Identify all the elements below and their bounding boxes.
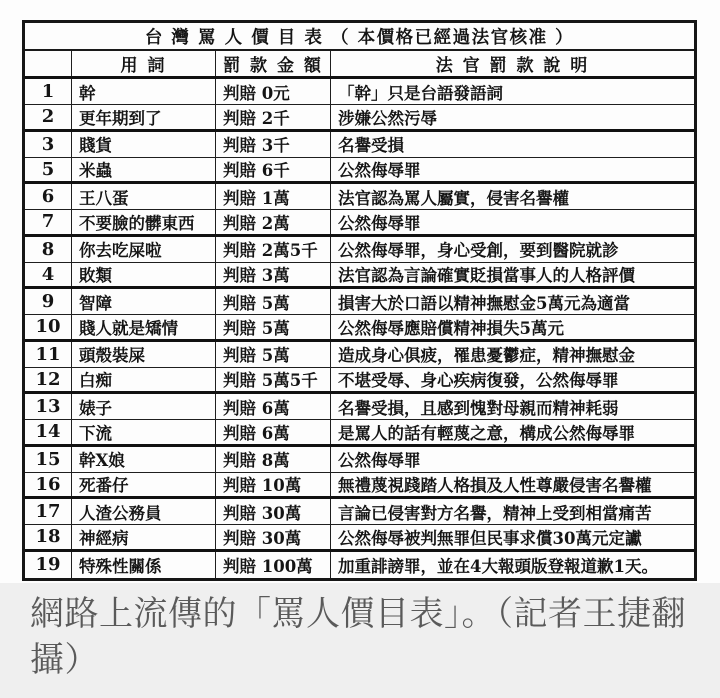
fine-cell: 判賠 6萬: [216, 394, 331, 419]
news-photo: 台 灣 罵 人 價 目 表 （ 本價格已經過法官核准 ） 用 詞 罰 款 金 額…: [0, 0, 720, 698]
row-number-cell: 18: [25, 525, 72, 548]
explanation-cell: 公然侮辱罪，身心受創，要到醫院就診: [331, 237, 694, 262]
term-cell: 智障: [72, 289, 216, 314]
fine-cell: 判賠 0元: [216, 79, 331, 104]
term-cell: 幹X娘: [72, 447, 216, 472]
explanation-cell: 「幹」只是台語發語詞: [331, 79, 694, 104]
explanation-cell: 公然侮辱罪: [331, 210, 694, 233]
fine-cell: 判賠 2千: [216, 105, 331, 128]
table-row: 13婊子判賠 6萬名譽受損，且感到愧對母親而精神耗弱: [25, 394, 694, 420]
table-row: 15幹X娘判賠 8萬公然侮辱罪: [25, 447, 694, 473]
header-explanation-cell: 法 官 罰 款 說 明: [331, 51, 694, 76]
table-row: 7不要臉的髒東西判賠 2萬公然侮辱罪: [25, 210, 694, 236]
fine-cell: 判賠 8萬: [216, 447, 331, 472]
row-number-cell: 12: [25, 368, 72, 391]
explanation-cell: 造成身心俱疲，罹患憂鬱症，精神撫慰金: [331, 342, 694, 367]
table-row: 3賤貨判賠 3千名譽受損: [25, 132, 694, 158]
row-number-cell: 17: [25, 499, 72, 524]
fine-cell: 判賠 1萬: [216, 184, 331, 209]
row-number-cell: 5: [25, 158, 72, 181]
table-header-row: 用 詞 罰 款 金 額 法 官 罰 款 說 明: [25, 51, 694, 79]
explanation-cell: 法官認為罵人屬實，侵害名譽權: [331, 184, 694, 209]
fine-cell: 判賠 5萬5千: [216, 368, 331, 391]
fine-cell: 判賠 30萬: [216, 499, 331, 524]
explanation-cell: 公然侮辱罪: [331, 158, 694, 181]
explanation-cell: 不堪受辱、身心疾病復發，公然侮辱罪: [331, 368, 694, 391]
term-cell: 敗類: [72, 263, 216, 286]
fine-cell: 判賠 10萬: [216, 473, 331, 496]
fine-cell: 判賠 5萬: [216, 342, 331, 367]
term-cell: 不要臉的髒東西: [72, 210, 216, 233]
explanation-cell: 公然侮辱被判無罪但民事求償30萬元定讞: [331, 525, 694, 548]
fine-cell: 判賠 2萬5千: [216, 237, 331, 262]
table-row: 17人渣公務員判賠 30萬言論已侵害對方名譽，精神上受到相當痛苦: [25, 499, 694, 525]
explanation-cell: 涉嫌公然污辱: [331, 105, 694, 128]
row-number-cell: 1: [25, 79, 72, 104]
table-body: 1幹判賠 0元「幹」只是台語發語詞2更年期到了判賠 2千涉嫌公然污辱3賤貨判賠 …: [25, 79, 694, 578]
term-cell: 人渣公務員: [72, 499, 216, 524]
table-row: 4敗類判賠 3萬法官認為言論確實貶損當事人的人格評價: [25, 263, 694, 289]
table-row: 18神經病判賠 30萬公然侮辱被判無罪但民事求償30萬元定讞: [25, 525, 694, 551]
term-cell: 頭殼裝屎: [72, 342, 216, 367]
fine-cell: 判賠 2萬: [216, 210, 331, 233]
explanation-cell: 是罵人的話有輕蔑之意，構成公然侮辱罪: [331, 420, 694, 443]
explanation-cell: 名譽受損，且感到愧對母親而精神耗弱: [331, 394, 694, 419]
explanation-cell: 無禮蔑視踐踏人格損及人性尊嚴侵害名譽權: [331, 473, 694, 496]
photo-caption: 網路上流傳的「罵人價目表」。（記者王捷翻攝）: [0, 583, 720, 698]
table-row: 2更年期到了判賠 2千涉嫌公然污辱: [25, 105, 694, 131]
term-cell: 婊子: [72, 394, 216, 419]
table-row: 11頭殼裝屎判賠 5萬造成身心俱疲，罹患憂鬱症，精神撫慰金: [25, 342, 694, 368]
table-row: 12白痴判賠 5萬5千不堪受辱、身心疾病復發，公然侮辱罪: [25, 368, 694, 394]
row-number-cell: 4: [25, 263, 72, 286]
fine-cell: 判賠 30萬: [216, 525, 331, 548]
table-row: 19特殊性關係判賠 100萬加重誹謗罪，並在4大報頭版登報道歉1天。: [25, 552, 694, 578]
row-number-cell: 11: [25, 342, 72, 367]
fine-cell: 判賠 5萬: [216, 315, 331, 338]
table-row: 14下流判賠 6萬是罵人的話有輕蔑之意，構成公然侮辱罪: [25, 420, 694, 446]
row-number-cell: 15: [25, 447, 72, 472]
term-cell: 神經病: [72, 525, 216, 548]
table-row: 16死番仔判賠 10萬無禮蔑視踐踏人格損及人性尊嚴侵害名譽權: [25, 473, 694, 499]
explanation-cell: 名譽受損: [331, 132, 694, 157]
row-number-cell: 8: [25, 237, 72, 262]
term-cell: 米蟲: [72, 158, 216, 181]
table-row: 10賤人就是矯情判賠 5萬公然侮辱應賠償精神損失5萬元: [25, 315, 694, 341]
term-cell: 賤貨: [72, 132, 216, 157]
table-row: 5米蟲判賠 6千公然侮辱罪: [25, 158, 694, 184]
term-cell: 賤人就是矯情: [72, 315, 216, 338]
table-row: 9智障判賠 5萬損害大於口語以精神撫慰金5萬元為適當: [25, 289, 694, 315]
row-number-cell: 16: [25, 473, 72, 496]
term-cell: 幹: [72, 79, 216, 104]
fine-cell: 判賠 6千: [216, 158, 331, 181]
row-number-cell: 19: [25, 552, 72, 578]
explanation-cell: 公然侮辱罪: [331, 447, 694, 472]
row-number-cell: 6: [25, 184, 72, 209]
row-number-cell: 7: [25, 210, 72, 233]
explanation-cell: 公然侮辱應賠償精神損失5萬元: [331, 315, 694, 338]
term-cell: 死番仔: [72, 473, 216, 496]
row-number-cell: 2: [25, 105, 72, 128]
table-row: 1幹判賠 0元「幹」只是台語發語詞: [25, 79, 694, 105]
term-cell: 特殊性關係: [72, 552, 216, 578]
fine-cell: 判賠 6萬: [216, 420, 331, 443]
explanation-cell: 加重誹謗罪，並在4大報頭版登報道歉1天。: [331, 552, 694, 578]
term-cell: 更年期到了: [72, 105, 216, 128]
row-number-cell: 10: [25, 315, 72, 338]
price-list-table: 台 灣 罵 人 價 目 表 （ 本價格已經過法官核准 ） 用 詞 罰 款 金 額…: [22, 20, 697, 581]
fine-cell: 判賠 5萬: [216, 289, 331, 314]
explanation-cell: 言論已侵害對方名譽，精神上受到相當痛苦: [331, 499, 694, 524]
table-row: 8你去吃屎啦判賠 2萬5千公然侮辱罪，身心受創，要到醫院就診: [25, 237, 694, 263]
term-cell: 你去吃屎啦: [72, 237, 216, 262]
explanation-cell: 損害大於口語以精神撫慰金5萬元為適當: [331, 289, 694, 314]
row-number-cell: 3: [25, 132, 72, 157]
row-number-cell: 9: [25, 289, 72, 314]
row-number-cell: 14: [25, 420, 72, 443]
fine-cell: 判賠 100萬: [216, 552, 331, 578]
table-row: 6王八蛋判賠 1萬法官認為罵人屬實，侵害名譽權: [25, 184, 694, 210]
header-term-cell: 用 詞: [72, 51, 216, 76]
table-title: 台 灣 罵 人 價 目 表 （ 本價格已經過法官核准 ）: [25, 23, 694, 51]
header-fine-cell: 罰 款 金 額: [216, 51, 331, 76]
header-index-cell: [25, 51, 72, 76]
row-number-cell: 13: [25, 394, 72, 419]
fine-cell: 判賠 3萬: [216, 263, 331, 286]
explanation-cell: 法官認為言論確實貶損當事人的人格評價: [331, 263, 694, 286]
term-cell: 白痴: [72, 368, 216, 391]
fine-cell: 判賠 3千: [216, 132, 331, 157]
term-cell: 王八蛋: [72, 184, 216, 209]
term-cell: 下流: [72, 420, 216, 443]
